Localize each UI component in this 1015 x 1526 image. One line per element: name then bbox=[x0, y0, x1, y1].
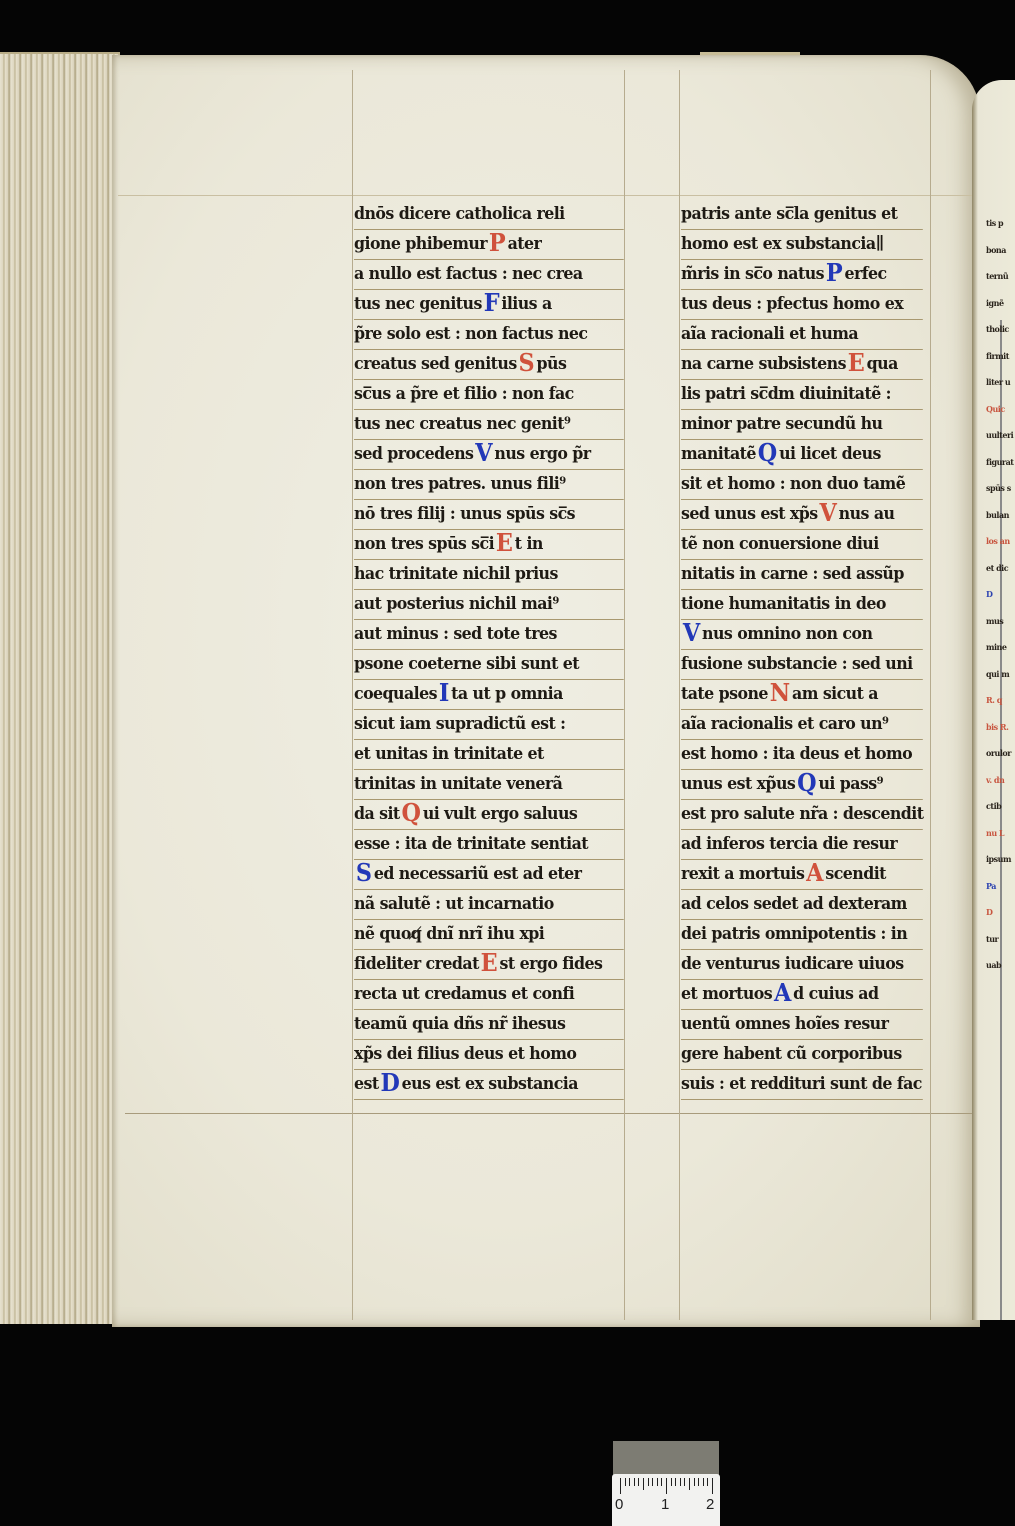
line-text: et unitas in trinitate et bbox=[354, 744, 544, 764]
line-text-continued: scendit bbox=[825, 864, 886, 884]
line-text: sc̅us a p̃re et filio : non fac bbox=[354, 384, 574, 404]
next-page-line: v. dn bbox=[986, 767, 1014, 794]
text-line: est pro salute nr̃a : descendit bbox=[681, 800, 923, 830]
line-text: tione humanitatis in deo bbox=[681, 594, 886, 614]
scale-tick bbox=[698, 1478, 699, 1486]
line-text: nitatis in carne : sed assũp bbox=[681, 564, 904, 584]
decorated-initial: P bbox=[824, 261, 845, 285]
scale-tick bbox=[652, 1478, 653, 1486]
line-text: xp̃s dei filius deus et homo bbox=[354, 1044, 576, 1064]
line-text-continued: ∥ bbox=[876, 234, 884, 254]
line-text-continued: pūs bbox=[537, 354, 567, 374]
line-text: non tres patres. unus fili⁹ bbox=[354, 474, 566, 494]
next-page-line: figurat bbox=[986, 449, 1014, 476]
line-text: est bbox=[354, 1074, 379, 1094]
next-page-line: tur bbox=[986, 926, 1014, 953]
line-text: et mortuos bbox=[681, 984, 772, 1004]
next-page-line: R. q bbox=[986, 687, 1014, 714]
text-line: ad inferos tercia die resur bbox=[681, 830, 923, 860]
next-page-line: bis R. bbox=[986, 714, 1014, 741]
text-line: patris ante sc̅la genitus et bbox=[681, 200, 923, 230]
line-text: lis patri sc̅dm diuinitatẽ : bbox=[681, 384, 891, 404]
ruling-col1-left bbox=[352, 70, 353, 1320]
next-page-line: Pa bbox=[986, 873, 1014, 900]
line-text: non tres spūs sc̅i bbox=[354, 534, 494, 554]
text-line: p̃re solo est : non factus nec bbox=[354, 320, 624, 350]
text-line: creatus sed genitusSpūs bbox=[354, 350, 624, 380]
line-text-continued: ater bbox=[508, 234, 542, 254]
line-text: sed procedens bbox=[354, 444, 473, 464]
text-line: et unitas in trinitate et bbox=[354, 740, 624, 770]
text-line: unus est xp̃usQui pass⁹ bbox=[681, 770, 923, 800]
scale-bar: 0 1 2 bbox=[612, 1474, 720, 1526]
next-page-fragment: tis pbonaternũignẽtholicfirmitliter uQ… bbox=[972, 80, 1015, 1320]
text-line: a nullo est factus : nec crea bbox=[354, 260, 624, 290]
scale-tick bbox=[625, 1478, 626, 1486]
line-text-continued: ed necessariũ est ad eter bbox=[374, 864, 582, 884]
line-text: aĩa racionalis et caro un⁹ bbox=[681, 714, 888, 734]
right-text-column: patris ante sc̅la genitus ethomo est ex … bbox=[681, 200, 941, 1100]
scale-tick bbox=[684, 1478, 685, 1486]
decorated-initial: Q bbox=[795, 771, 818, 795]
scale-tick bbox=[707, 1478, 708, 1486]
decorated-initial: F bbox=[482, 291, 502, 315]
scale-tick bbox=[657, 1478, 658, 1486]
line-text: recta ut credamus et confi bbox=[354, 984, 574, 1004]
text-line: non tres patres. unus fili⁹ bbox=[354, 470, 624, 500]
line-text: p̃re solo est : non factus nec bbox=[354, 324, 587, 344]
next-page-line: tis p bbox=[986, 210, 1014, 237]
scale-tick bbox=[671, 1478, 672, 1486]
text-line: dei patris omnipotentis : in bbox=[681, 920, 923, 950]
line-text: sicut iam supradictũ est : bbox=[354, 714, 565, 734]
text-line: de venturus iudicare uiuos bbox=[681, 950, 923, 980]
line-text: rexit a mortuis bbox=[681, 864, 804, 884]
line-text: psone coeterne sibi sunt et bbox=[354, 654, 579, 674]
scale-tick bbox=[712, 1478, 713, 1494]
next-page-line: mus bbox=[986, 608, 1014, 635]
text-line: fideliter credatEst ergo fides bbox=[354, 950, 624, 980]
line-text: fusione substancie : sed uni bbox=[681, 654, 913, 674]
text-line: na carne subsistensEqua bbox=[681, 350, 923, 380]
line-text: dei patris omnipotentis : in bbox=[681, 924, 907, 944]
text-line: tẽ non conuersione diui bbox=[681, 530, 923, 560]
scale-tick bbox=[666, 1478, 667, 1494]
text-line: et mortuosAd cuius ad bbox=[681, 980, 923, 1010]
text-line: teamũ quia dñs nr̃ ihesus bbox=[354, 1010, 624, 1040]
decorated-initial: E bbox=[479, 951, 500, 975]
line-text-continued: nus au bbox=[839, 504, 895, 524]
ruling-bottom bbox=[125, 1113, 975, 1114]
decorated-initial: V bbox=[818, 501, 839, 525]
line-text-continued: am sicut a bbox=[792, 684, 878, 704]
text-line: est homo : ita deus et homo bbox=[681, 740, 923, 770]
scale-label-0: 0 bbox=[615, 1496, 623, 1513]
line-text: de venturus iudicare uiuos bbox=[681, 954, 904, 974]
decorated-initial: I bbox=[437, 681, 451, 705]
text-line: tus deus : pfectus homo ex bbox=[681, 290, 923, 320]
text-line: manitatẽQui licet deus bbox=[681, 440, 923, 470]
text-line: sicut iam supradictũ est : bbox=[354, 710, 624, 740]
text-line: psone coeterne sibi sunt et bbox=[354, 650, 624, 680]
line-text: aut posterius nichil mai⁹ bbox=[354, 594, 559, 614]
text-line: recta ut credamus et confi bbox=[354, 980, 624, 1010]
line-text: unus est xp̃us bbox=[681, 774, 795, 794]
decorated-initial: V bbox=[681, 621, 702, 645]
scale-tick bbox=[703, 1478, 704, 1486]
next-page-line: ctib bbox=[986, 793, 1014, 820]
next-page-line: et dic bbox=[986, 555, 1014, 582]
line-text: hac trinitate nichil prius bbox=[354, 564, 558, 584]
line-text: homo est ex substancia bbox=[681, 234, 876, 254]
line-text: uentũ omnes hoĩes resur bbox=[681, 1014, 888, 1034]
scale-tick bbox=[689, 1478, 690, 1490]
line-text: tate psone bbox=[681, 684, 768, 704]
line-text-continued: nus omnino non con bbox=[702, 624, 872, 644]
next-page-line: liter u bbox=[986, 369, 1014, 396]
next-page-line: firmit bbox=[986, 343, 1014, 370]
line-text-continued: d cuius ad bbox=[793, 984, 878, 1004]
decorated-initial: A bbox=[772, 981, 793, 1005]
text-line: homo est ex substancia∥ bbox=[681, 230, 923, 260]
text-line: tus nec creatus nec genit⁹ bbox=[354, 410, 624, 440]
line-text: coequales bbox=[354, 684, 437, 704]
text-line: sc̅us a p̃re et filio : non fac bbox=[354, 380, 624, 410]
text-line: da sitQui vult ergo saluus bbox=[354, 800, 624, 830]
text-line: gere habent cũ corporibus bbox=[681, 1040, 923, 1070]
decorated-initial: V bbox=[473, 441, 494, 465]
line-text: na carne subsistens bbox=[681, 354, 846, 374]
text-line: lis patri sc̅dm diuinitatẽ : bbox=[681, 380, 923, 410]
line-text: fideliter credat bbox=[354, 954, 479, 974]
text-line: tate psoneNam sicut a bbox=[681, 680, 923, 710]
line-text-continued: t in bbox=[515, 534, 543, 554]
decorated-initial: S bbox=[517, 351, 537, 375]
line-text: patris ante sc̅la genitus et bbox=[681, 204, 897, 224]
text-line: esse : ita de trinitate sentiat bbox=[354, 830, 624, 860]
scale-tick bbox=[629, 1478, 630, 1486]
line-text: sit et homo : non duo tamẽ bbox=[681, 474, 905, 494]
text-line: tus nec genitusFilius a bbox=[354, 290, 624, 320]
scale-tick bbox=[648, 1478, 649, 1486]
next-page-line: ipsum bbox=[986, 846, 1014, 873]
text-line: aĩa racionalis et caro un⁹ bbox=[681, 710, 923, 740]
text-line: uentũ omnes hoĩes resur bbox=[681, 1010, 923, 1040]
next-page-line: qui m bbox=[986, 661, 1014, 688]
line-text: ad celos sedet ad dexteram bbox=[681, 894, 907, 914]
scale-tick bbox=[643, 1478, 644, 1490]
line-text: m̃ris in sc̅o natus bbox=[681, 264, 824, 284]
line-text: tus deus : pfectus homo ex bbox=[681, 294, 903, 314]
line-text: nō tres filij : unus spūs sc̅s bbox=[354, 504, 575, 524]
text-line: tione humanitatis in deo bbox=[681, 590, 923, 620]
ruling-col2-left bbox=[679, 70, 680, 1320]
text-line: Vnus omnino non con bbox=[681, 620, 923, 650]
next-page-line: ignẽ bbox=[986, 290, 1014, 317]
next-page-line: nu L bbox=[986, 820, 1014, 847]
decorated-initial: S bbox=[354, 861, 374, 885]
line-text: gere habent cũ corporibus bbox=[681, 1044, 902, 1064]
line-text: gione phibemur bbox=[354, 234, 487, 254]
text-line: Sed necessariũ est ad eter bbox=[354, 860, 624, 890]
ruling-top bbox=[118, 195, 978, 196]
line-text: suis : et reddituri sunt de fac bbox=[681, 1074, 922, 1094]
text-line: coequalesIta ut p omnia bbox=[354, 680, 624, 710]
line-text: aut minus : sed tote tres bbox=[354, 624, 557, 644]
decorated-initial: N bbox=[768, 681, 792, 705]
text-line: aut posterius nichil mai⁹ bbox=[354, 590, 624, 620]
line-text: trinitas in unitate venerã bbox=[354, 774, 562, 794]
decorated-initial: Q bbox=[400, 801, 423, 825]
text-line: nã salutẽ : ut incarnatio bbox=[354, 890, 624, 920]
decorated-initial: P bbox=[487, 231, 508, 255]
line-text: est homo : ita deus et homo bbox=[681, 744, 912, 764]
line-text: nã salutẽ : ut incarnatio bbox=[354, 894, 554, 914]
next-page-line: spūs s bbox=[986, 475, 1014, 502]
decorated-initial: Q bbox=[756, 441, 779, 465]
line-text: tus nec genitus bbox=[354, 294, 482, 314]
scale-label-2: 2 bbox=[706, 1496, 714, 1513]
line-text-continued: ui licet deus bbox=[779, 444, 881, 464]
line-text: dnōs dicere catholica reli bbox=[354, 204, 565, 224]
text-line: sed procedensVnus ergo p̃r bbox=[354, 440, 624, 470]
decorated-initial: A bbox=[804, 861, 825, 885]
next-page-line: uulteri bbox=[986, 422, 1014, 449]
text-line: non tres spūs sc̅iEt in bbox=[354, 530, 624, 560]
scale-tick bbox=[620, 1478, 621, 1494]
next-page-line: uab bbox=[986, 952, 1014, 979]
page-edges bbox=[0, 52, 120, 1324]
text-line: m̃ris in sc̅o natusPerfec bbox=[681, 260, 923, 290]
next-page-line: los an bbox=[986, 528, 1014, 555]
scale-tick bbox=[680, 1478, 681, 1486]
text-line: xp̃s dei filius deus et homo bbox=[354, 1040, 624, 1070]
line-text-continued: qua bbox=[867, 354, 898, 374]
next-page-line: tholic bbox=[986, 316, 1014, 343]
line-text: da sit bbox=[354, 804, 400, 824]
next-page-line: bulan bbox=[986, 502, 1014, 529]
line-text-continued: ta ut p omnia bbox=[451, 684, 563, 704]
scale-tick bbox=[634, 1478, 635, 1486]
line-text: a nullo est factus : nec crea bbox=[354, 264, 583, 284]
left-text-column: dnōs dicere catholica religione phibemur… bbox=[354, 200, 644, 1100]
scale-tick bbox=[638, 1478, 639, 1486]
decorated-initial: E bbox=[846, 351, 867, 375]
next-page-line: Quic bbox=[986, 396, 1014, 423]
text-line: nitatis in carne : sed assũp bbox=[681, 560, 923, 590]
next-page-line: D bbox=[986, 581, 1014, 608]
next-page-line: D bbox=[986, 899, 1014, 926]
text-line: dnōs dicere catholica reli bbox=[354, 200, 624, 230]
text-line: gione phibemurPater bbox=[354, 230, 624, 260]
line-text: nẽ quoq̸ dnĩ nrĩ ihu xpi bbox=[354, 924, 544, 944]
text-line: fusione substancie : sed uni bbox=[681, 650, 923, 680]
line-text: creatus sed genitus bbox=[354, 354, 517, 374]
line-text: teamũ quia dñs nr̃ ihesus bbox=[354, 1014, 565, 1034]
line-text: esse : ita de trinitate sentiat bbox=[354, 834, 588, 854]
text-line: minor patre secundũ hu bbox=[681, 410, 923, 440]
line-text-continued: ui pass⁹ bbox=[818, 774, 883, 794]
text-line: hac trinitate nichil prius bbox=[354, 560, 624, 590]
next-page-line: bona bbox=[986, 237, 1014, 264]
line-text-continued: st ergo fides bbox=[500, 954, 603, 974]
line-text-continued: nus ergo p̃r bbox=[494, 444, 590, 464]
text-line: sed unus est xp̃sVnus au bbox=[681, 500, 923, 530]
scale-label-1: 1 bbox=[661, 1496, 669, 1513]
text-line: estDeus est ex substancia bbox=[354, 1070, 624, 1100]
text-line: rexit a mortuisAscendit bbox=[681, 860, 923, 890]
text-line: nō tres filij : unus spūs sc̅s bbox=[354, 500, 624, 530]
text-line: suis : et reddituri sunt de fac bbox=[681, 1070, 923, 1100]
line-text: minor patre secundũ hu bbox=[681, 414, 882, 434]
line-text-continued: erfec bbox=[845, 264, 887, 284]
scale-tick bbox=[675, 1478, 676, 1486]
line-text-continued: ilius a bbox=[501, 294, 551, 314]
next-page-line: orulor bbox=[986, 740, 1014, 767]
decorated-initial: D bbox=[379, 1071, 402, 1095]
text-line: sit et homo : non duo tamẽ bbox=[681, 470, 923, 500]
line-text: manitatẽ bbox=[681, 444, 756, 464]
scale-tick bbox=[694, 1478, 695, 1486]
scale-tick bbox=[661, 1478, 662, 1486]
text-line: trinitas in unitate venerã bbox=[354, 770, 624, 800]
line-text: sed unus est xp̃s bbox=[681, 504, 818, 524]
next-page-line: ternũ bbox=[986, 263, 1014, 290]
text-line: aut minus : sed tote tres bbox=[354, 620, 624, 650]
line-text: est pro salute nr̃a : descendit bbox=[681, 804, 923, 824]
line-text: tẽ non conuersione diui bbox=[681, 534, 879, 554]
next-page-line: mine bbox=[986, 634, 1014, 661]
line-text: tus nec creatus nec genit⁹ bbox=[354, 414, 570, 434]
text-line: aĩa racionali et huma bbox=[681, 320, 923, 350]
line-text-continued: eus est ex substancia bbox=[402, 1074, 578, 1094]
line-text: ad inferos tercia die resur bbox=[681, 834, 897, 854]
line-text: aĩa racionali et huma bbox=[681, 324, 858, 344]
text-line: nẽ quoq̸ dnĩ nrĩ ihu xpi bbox=[354, 920, 624, 950]
line-text-continued: ui vult ergo saluus bbox=[423, 804, 577, 824]
text-line: ad celos sedet ad dexteram bbox=[681, 890, 923, 920]
decorated-initial: E bbox=[494, 531, 515, 555]
